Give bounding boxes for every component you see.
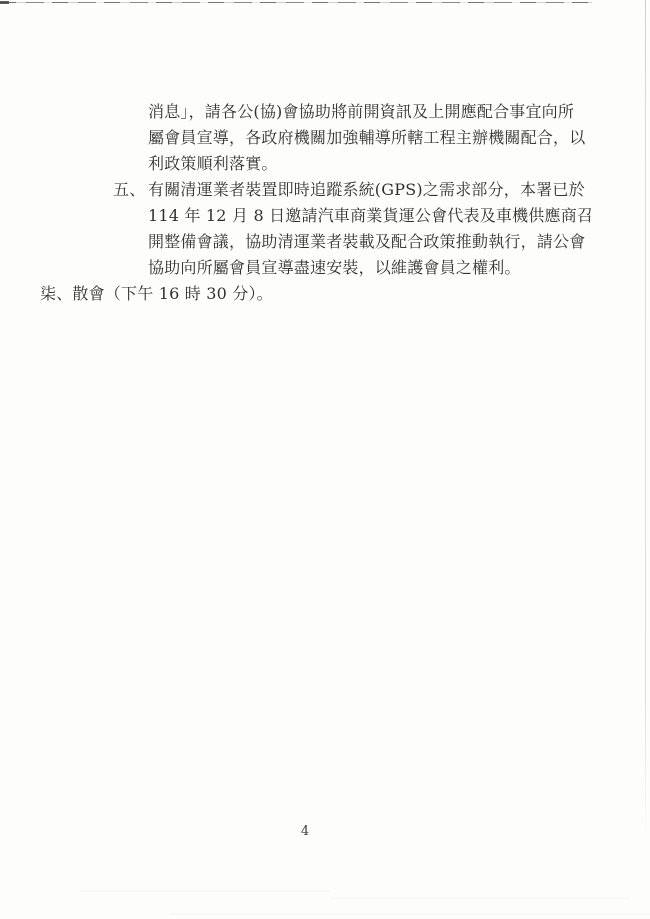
page-number: 4 <box>290 824 320 840</box>
body-line-continuation-3: 利政策順利落實。 <box>148 151 278 177</box>
item-five-marker: 五、 <box>113 177 145 203</box>
scan-artifact-right-edge <box>645 0 646 838</box>
closing-marker: 柒、 <box>40 284 72 303</box>
item-five-line-1: 有關清運業者裝置即時追蹤系統(GPS)之需求部分，本署已於 <box>148 177 585 203</box>
item-five-line-2: 114 年 12 月 8 日邀請汽車商業貨運公會代表及車機供應商召 <box>148 203 593 229</box>
closing-text: 散會（下午 16 時 30 分）。 <box>72 284 272 303</box>
item-five-line-4: 協助向所屬會員宣導盡速安裝，以維護會員之權利。 <box>148 255 521 281</box>
body-line-continuation-1: 消息」，請各公(協)會協助將前開資訊及上開應配合事宜向所 <box>148 99 574 125</box>
item-five-line-3: 開整備會議，協助清運業者裝載及配合政策推動執行，請公會 <box>148 229 585 255</box>
scan-streak <box>80 890 330 892</box>
document-page: 消息」，請各公(協)會協助將前開資訊及上開應配合事宜向所 屬會員宣導，各政府機關… <box>0 0 650 919</box>
scan-streak <box>330 897 630 899</box>
body-line-continuation-2: 屬會員宣導，各政府機關加強輔導所轄工程主辦機關配合，以 <box>148 125 585 151</box>
closing-line: 柒、散會（下午 16 時 30 分）。 <box>40 281 273 307</box>
scan-artifact-top-left-blob <box>0 1 9 4</box>
scan-streak <box>170 913 650 915</box>
scan-artifact-top-edge <box>0 2 592 3</box>
